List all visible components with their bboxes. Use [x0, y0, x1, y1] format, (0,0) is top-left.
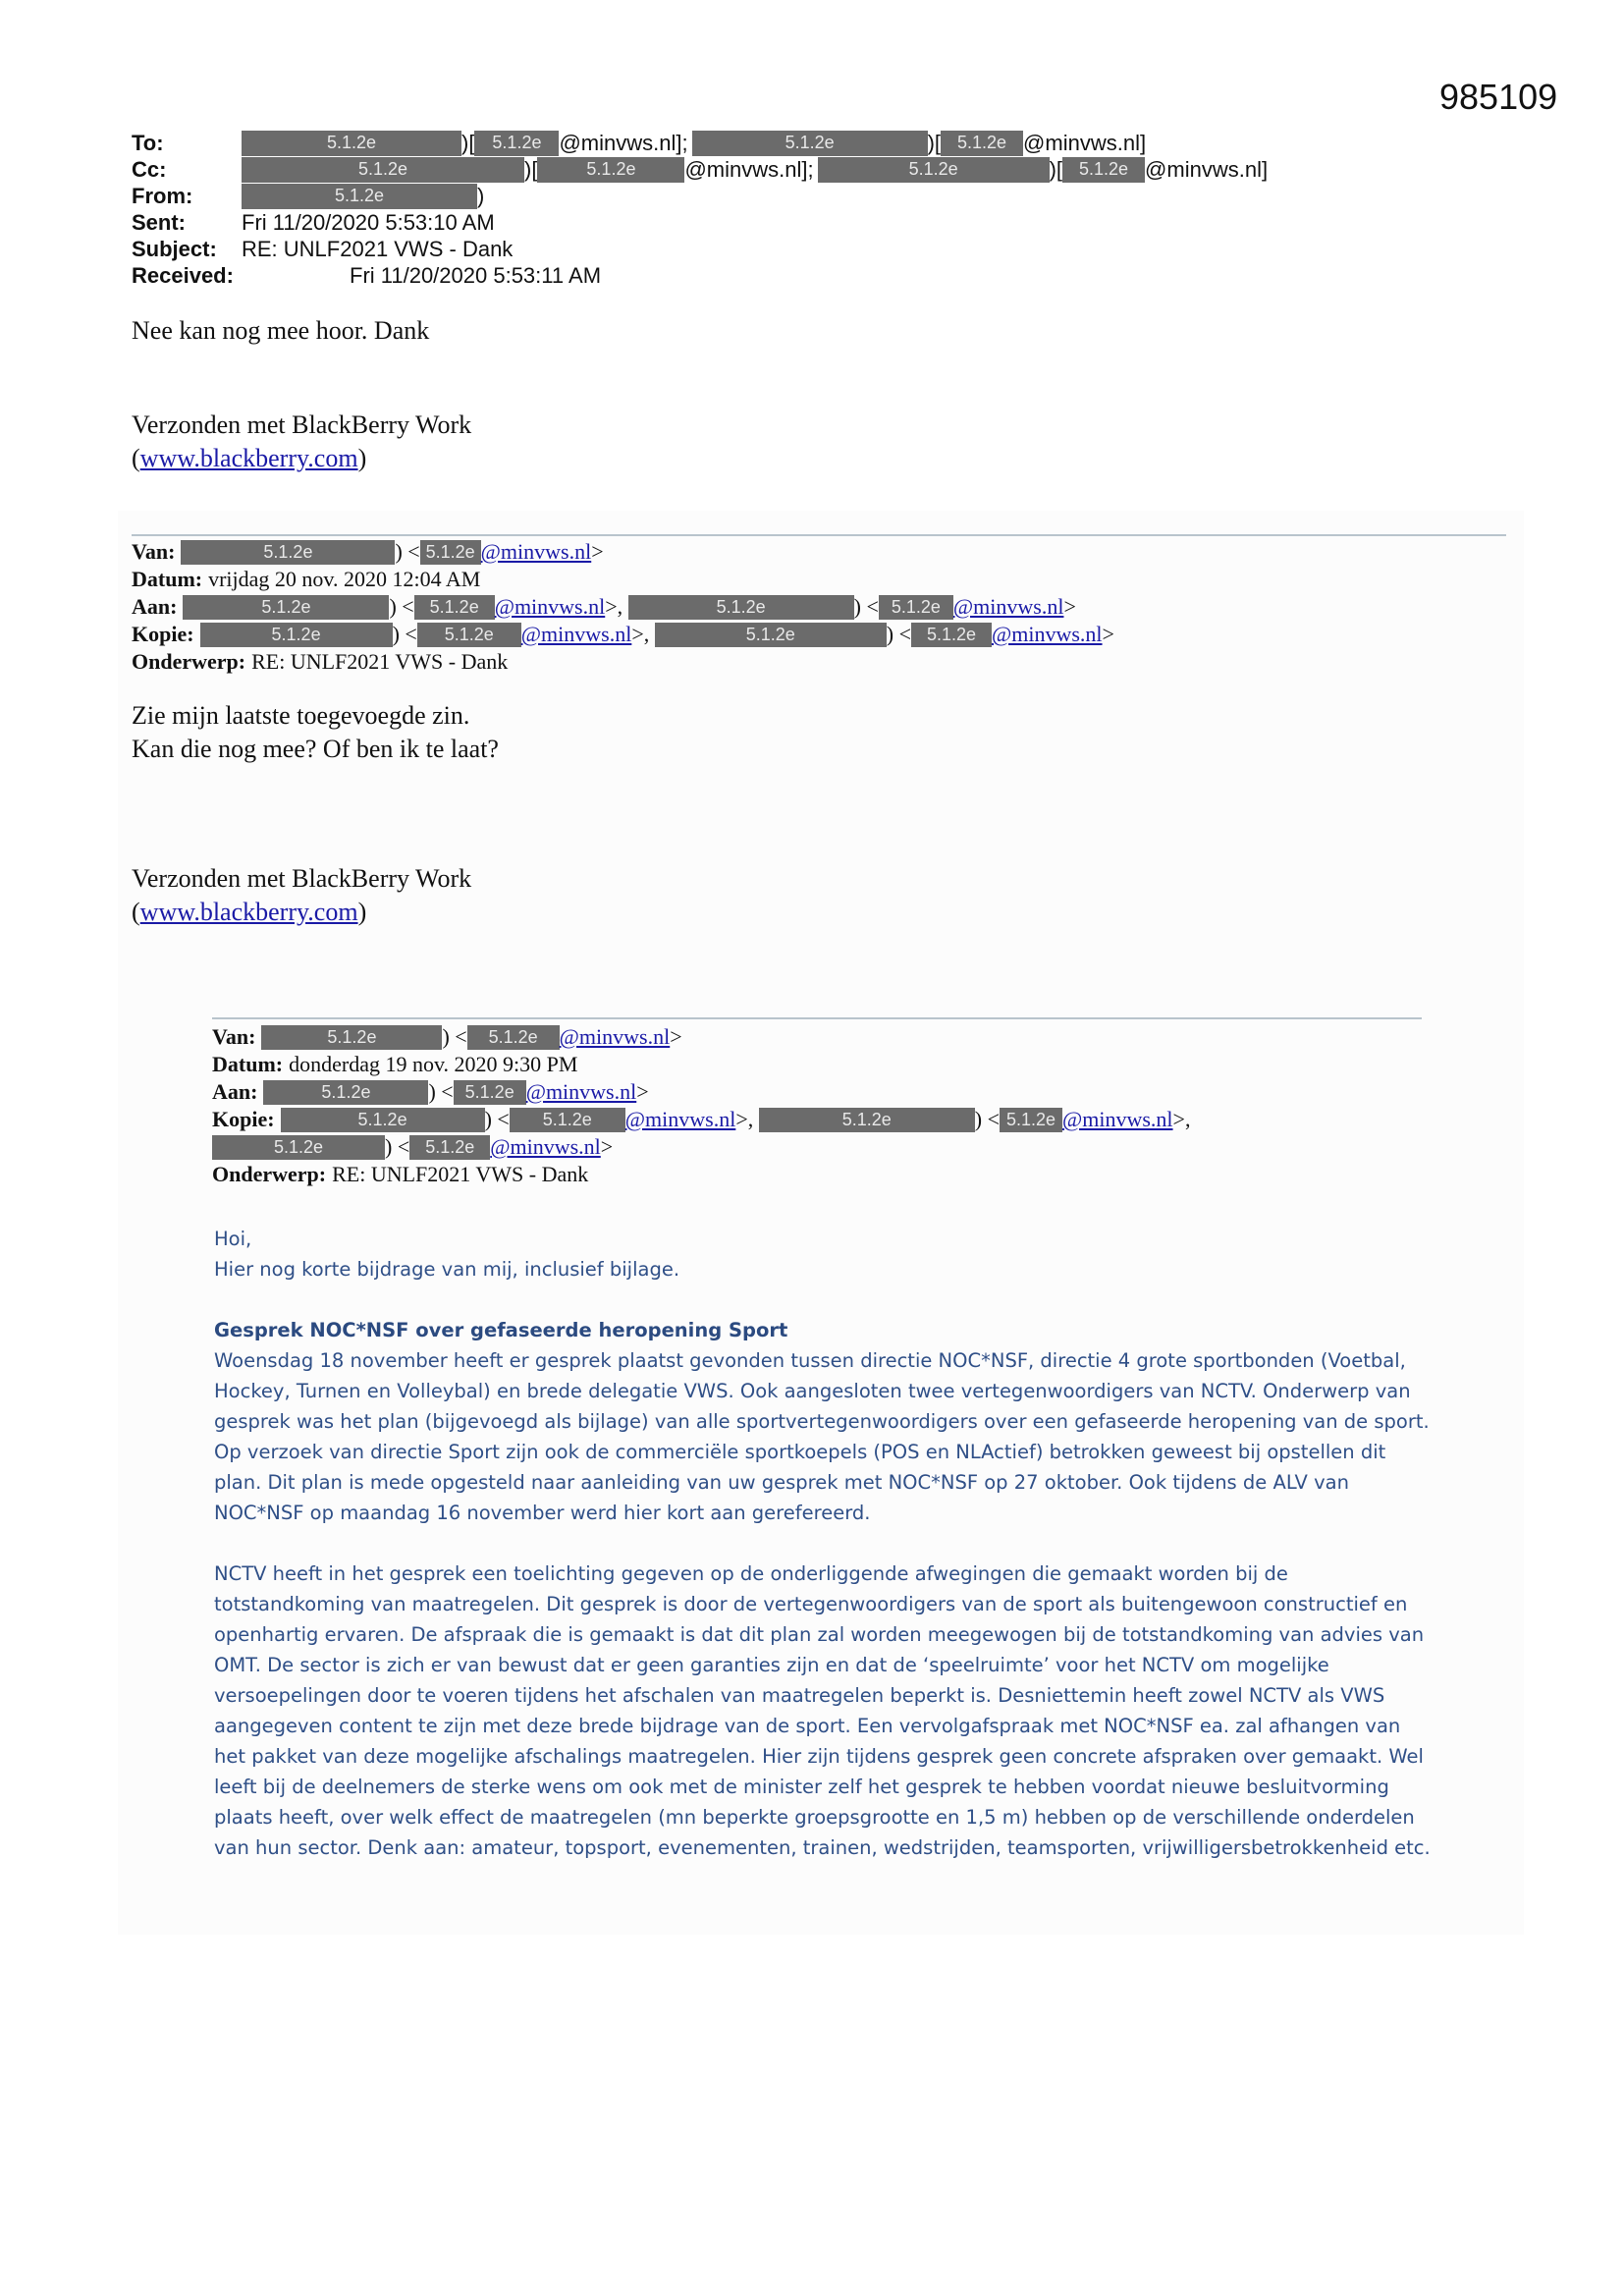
redaction: 5.1.2e	[409, 1135, 490, 1160]
aan-label: Aan:	[212, 1078, 257, 1106]
onderwerp-value: RE: UNLF2021 VWS - Dank	[332, 1161, 588, 1188]
email-link[interactable]: @minvws.nl	[490, 1133, 601, 1161]
datum-value: donderdag 19 nov. 2020 9:30 PM	[289, 1051, 577, 1078]
forward-1-signature: Verzonden met BlackBerry Work (www.black…	[132, 862, 471, 929]
redaction: 5.1.2e	[242, 157, 524, 183]
redaction: 5.1.2e	[261, 1025, 442, 1050]
redaction: 5.1.2e	[414, 595, 495, 620]
subject-row: Subject: RE: UNLF2021 VWS - Dank	[132, 236, 1268, 262]
to-row: To: 5.1.2e)[5.1.2e@minvws.nl];5.1.2e)[5.…	[132, 130, 1268, 156]
greeting: Hoi,	[214, 1224, 1432, 1254]
received-label: Received:	[132, 262, 242, 289]
to-domain: @minvws.nl];	[559, 130, 687, 156]
to-domain: @minvws.nl]	[1023, 130, 1146, 156]
redaction: 5.1.2e	[200, 623, 393, 647]
redaction: 5.1.2e	[941, 131, 1023, 156]
email-link[interactable]: @minvws.nl	[992, 621, 1103, 648]
kopie-label: Kopie:	[132, 621, 194, 648]
received-row: Received: Fri 11/20/2020 5:53:11 AM	[132, 262, 1268, 289]
redaction: 5.1.2e	[420, 540, 481, 565]
email-link[interactable]: @minvws.nl	[495, 593, 606, 621]
blackberry-link[interactable]: www.blackberry.com	[140, 444, 358, 472]
cc-row: Cc: 5.1.2e)[5.1.2e@minvws.nl];5.1.2e)[5.…	[132, 156, 1268, 183]
redaction: 5.1.2e	[1000, 1108, 1062, 1132]
redaction: 5.1.2e	[263, 1080, 428, 1105]
outer-email-body: Nee kan nog mee hoor. Dank Verzonden met…	[132, 314, 471, 475]
redaction: 5.1.2e	[628, 595, 854, 620]
redaction: 5.1.2e	[879, 595, 953, 620]
datum-label: Datum:	[212, 1051, 283, 1078]
page-number: 985109	[1439, 77, 1557, 118]
redaction: 5.1.2e	[692, 131, 928, 156]
cc-domain: @minvws.nl];	[684, 156, 813, 183]
body-line: Zie mijn laatste toegevoegde zin.	[132, 699, 499, 733]
body-line: Kan die nog mee? Of ben ik te laat?	[132, 733, 499, 766]
forward-1-body: Zie mijn laatste toegevoegde zin. Kan di…	[132, 699, 499, 766]
redaction: 5.1.2e	[510, 1108, 625, 1132]
sent-label: Sent:	[132, 209, 242, 236]
cc-domain: @minvws.nl]	[1145, 156, 1268, 183]
email-link[interactable]: @minvws.nl	[953, 593, 1064, 621]
received-value: Fri 11/20/2020 5:53:11 AM	[350, 262, 601, 289]
forward-2-header: Van:5.1.2e) <5.1.2e@minvws.nl> Datum:don…	[212, 1023, 1190, 1188]
redaction: 5.1.2e	[183, 595, 389, 620]
to-label: To:	[132, 130, 242, 156]
subject-value: RE: UNLF2021 VWS - Dank	[242, 236, 513, 262]
separator-line	[132, 534, 1506, 536]
redaction: 5.1.2e	[474, 131, 559, 156]
section-heading: Gesprek NOC*NSF over gefaseerde heropeni…	[214, 1315, 1432, 1345]
datum-label: Datum:	[132, 566, 202, 593]
redaction: 5.1.2e	[242, 184, 477, 209]
email-link[interactable]: @minvws.nl	[1062, 1106, 1173, 1133]
redaction: 5.1.2e	[1062, 157, 1145, 183]
kopie-label: Kopie:	[212, 1106, 275, 1133]
redaction: 5.1.2e	[212, 1135, 385, 1160]
blackberry-link[interactable]: www.blackberry.com	[140, 898, 358, 926]
cc-label: Cc:	[132, 156, 242, 183]
redaction: 5.1.2e	[242, 131, 461, 156]
redaction: 5.1.2e	[655, 623, 887, 647]
datum-value: vrijdag 20 nov. 2020 12:04 AM	[208, 566, 480, 593]
forward-1-header: Van:5.1.2e) <5.1.2e@minvws.nl> Datum:vri…	[132, 538, 1114, 676]
onderwerp-label: Onderwerp:	[212, 1161, 326, 1188]
email-link[interactable]: @minvws.nl	[625, 1106, 736, 1133]
body-text: Nee kan nog mee hoor. Dank	[132, 314, 471, 348]
from-row: From: 5.1.2e)	[132, 183, 1268, 209]
subject-label: Subject:	[132, 236, 242, 262]
aan-label: Aan:	[132, 593, 177, 621]
outer-email-header: To: 5.1.2e)[5.1.2e@minvws.nl];5.1.2e)[5.…	[132, 130, 1268, 289]
email-link[interactable]: @minvws.nl	[560, 1023, 671, 1051]
onderwerp-value: RE: UNLF2021 VWS - Dank	[251, 648, 508, 676]
paragraph: NCTV heeft in het gesprek een toelichtin…	[214, 1558, 1432, 1863]
forward-2-body: Hoi, Hier nog korte bijdrage van mij, in…	[214, 1224, 1432, 1863]
sent-value: Fri 11/20/2020 5:53:10 AM	[242, 209, 495, 236]
redaction: 5.1.2e	[417, 623, 521, 647]
signature-line: Verzonden met BlackBerry Work	[132, 409, 471, 442]
van-label: Van:	[132, 538, 175, 566]
from-label: From:	[132, 183, 242, 209]
signature-line: Verzonden met BlackBerry Work	[132, 862, 471, 896]
onderwerp-label: Onderwerp:	[132, 648, 245, 676]
redaction: 5.1.2e	[467, 1025, 560, 1050]
email-link[interactable]: @minvws.nl	[526, 1078, 637, 1106]
separator-line	[212, 1017, 1422, 1019]
redaction: 5.1.2e	[281, 1108, 485, 1132]
redaction: 5.1.2e	[454, 1080, 526, 1105]
redaction: 5.1.2e	[181, 540, 395, 565]
redaction: 5.1.2e	[537, 157, 684, 183]
redaction: 5.1.2e	[759, 1108, 975, 1132]
van-label: Van:	[212, 1023, 255, 1051]
email-link[interactable]: @minvws.nl	[481, 538, 592, 566]
redaction: 5.1.2e	[911, 623, 992, 647]
sent-row: Sent: Fri 11/20/2020 5:53:10 AM	[132, 209, 1268, 236]
intro-text: Hier nog korte bijdrage van mij, inclusi…	[214, 1254, 1432, 1285]
paragraph: Woensdag 18 november heeft er gesprek pl…	[214, 1345, 1432, 1528]
redaction: 5.1.2e	[818, 157, 1050, 183]
email-link[interactable]: @minvws.nl	[521, 621, 632, 648]
